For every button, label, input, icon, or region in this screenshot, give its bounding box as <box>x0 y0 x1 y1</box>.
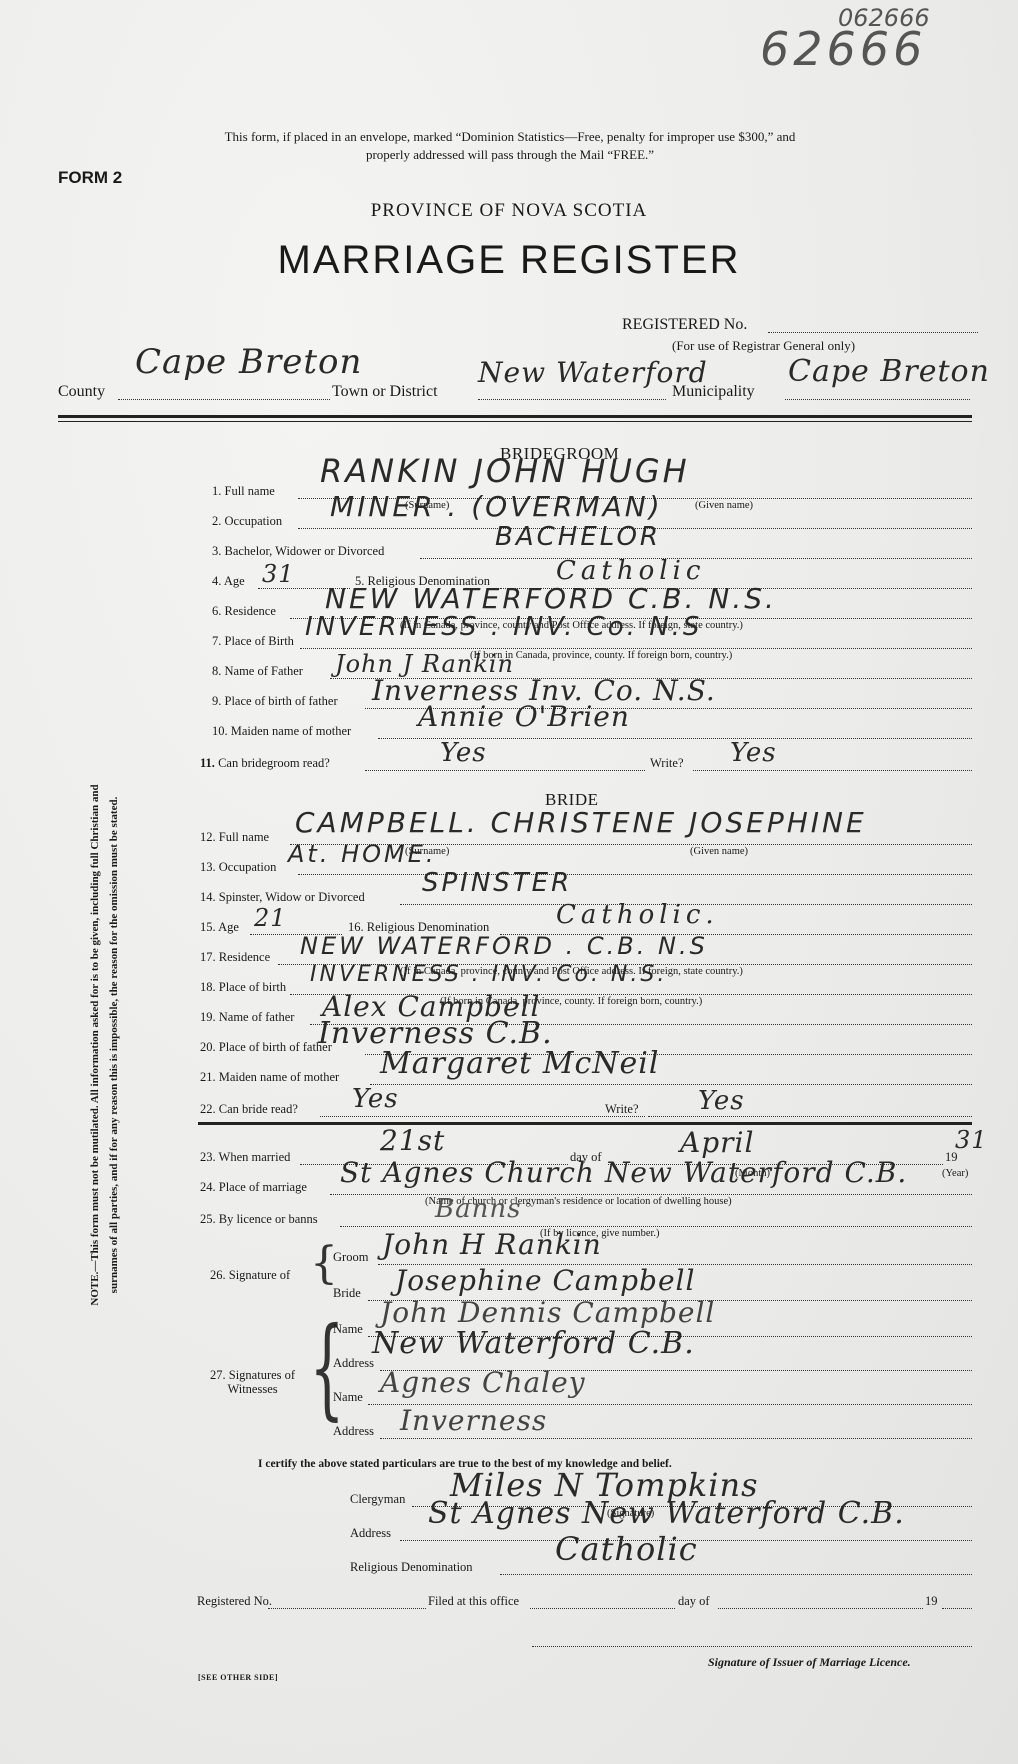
filed-year-prefix: 19 <box>925 1594 938 1609</box>
clergyman-label: Clergyman <box>350 1492 405 1507</box>
witness2-address-value[interactable]: Inverness <box>400 1404 547 1437</box>
groom-read-dots <box>365 770 645 771</box>
postal-notice: This form, if placed in an envelope, mar… <box>100 128 920 164</box>
municipality-dots <box>785 399 970 400</box>
bride-occupation-value[interactable]: At. HOME. <box>288 840 437 868</box>
groom-age-label: 4. Age <box>212 574 245 589</box>
page-title: MARRIAGE REGISTER <box>0 238 1018 283</box>
bride-marital-status-label: 14. Spinster, Widow or Divorced <box>200 890 365 905</box>
registry-no-field[interactable] <box>268 1608 426 1609</box>
groom-write-label: Write? <box>650 756 684 771</box>
bride-signature-label: Bride <box>333 1286 361 1301</box>
form-number: FORM 2 <box>58 168 122 188</box>
groom-marital-status-value[interactable]: BACHELOR <box>495 522 661 552</box>
bride-father-birthplace-label: 20. Place of birth of father <box>200 1040 332 1055</box>
groom-residence-label: 6. Residence <box>212 604 276 619</box>
witness2-address-label: Address <box>333 1424 374 1439</box>
married-year-value[interactable]: 31 <box>955 1126 988 1154</box>
filed-month-field[interactable] <box>718 1608 923 1609</box>
archive-handwritten-number: 62666 <box>760 22 926 76</box>
issuer-signature-field[interactable] <box>532 1646 972 1647</box>
witnesses-label: 27. Signatures of Witnesses <box>210 1368 295 1396</box>
groom-signature-value[interactable]: John H Rankin <box>382 1228 602 1261</box>
groom-father-birthplace-label: 9. Place of birth of father <box>212 694 338 709</box>
bride-residence-label: 17. Residence <box>200 950 270 965</box>
bride-age-value[interactable]: 21 <box>254 904 287 932</box>
postal-notice-line2: properly addressed will pass through the… <box>100 146 920 164</box>
postal-notice-line1: This form, if placed in an envelope, mar… <box>100 128 920 146</box>
groom-marital-status-label: 3. Bachelor, Widower or Divorced <box>212 544 384 559</box>
groom-read-value[interactable]: Yes <box>440 738 487 768</box>
side-note: NOTE.—This form must not be mutilated. A… <box>86 660 124 1430</box>
witness1-address-value[interactable]: New Waterford C.B. <box>372 1326 695 1361</box>
bride-read-value[interactable]: Yes <box>352 1084 399 1114</box>
clergyman-denomination-value[interactable]: Catholic <box>555 1530 698 1568</box>
groom-write-value[interactable]: Yes <box>730 738 777 768</box>
groom-occupation-value[interactable]: MINER . (OVERMAN) <box>330 490 663 523</box>
bride-full-name-label: 12. Full name <box>200 830 269 845</box>
licence-banns-dots <box>340 1226 972 1227</box>
issuer-signature-label: Signature of Issuer of Marriage Licence. <box>708 1655 911 1670</box>
bride-full-name-value[interactable]: CAMPBELL. CHRISTENE JOSEPHINE <box>295 806 867 839</box>
groom-given-hint: (Given name) <box>695 500 753 511</box>
bride-birthplace-label: 18. Place of birth <box>200 980 286 995</box>
county-dots <box>118 399 330 400</box>
marriage-place-value[interactable]: St Agnes Church New Waterford C.B. <box>340 1156 907 1189</box>
groom-write-dots <box>693 770 972 771</box>
groom-mother-value[interactable]: Annie O'Brien <box>418 700 630 733</box>
marriage-place-label: 24. Place of marriage <box>200 1180 307 1195</box>
signature-of-label: 26. Signature of <box>210 1268 290 1283</box>
groom-occupation-label: 2. Occupation <box>212 514 282 529</box>
bride-mother-label: 21. Maiden name of mother <box>200 1070 339 1085</box>
witness2-address-dots <box>380 1438 972 1439</box>
clergyman-denomination-label: Religious Denomination <box>350 1560 473 1575</box>
groom-full-name-label: 1. Full name <box>212 484 275 499</box>
groom-age-value[interactable]: 31 <box>262 560 295 588</box>
witness1-address-label: Address <box>333 1356 374 1371</box>
filed-label: Filed at this office <box>428 1594 519 1609</box>
bride-write-value[interactable]: Yes <box>698 1086 745 1116</box>
witness2-name-value[interactable]: Agnes Chaley <box>380 1366 586 1399</box>
registered-no-label: REGISTERED No. <box>622 316 747 334</box>
bride-religion-value[interactable]: Catholic. <box>556 900 719 930</box>
bride-marital-status-value[interactable]: SPINSTER <box>422 868 572 898</box>
see-other-side-note: [SEE OTHER SIDE] <box>198 1673 278 1682</box>
groom-mother-label: 10. Maiden name of mother <box>212 724 351 739</box>
registrar-note: (For use of Registrar General only) <box>672 338 855 354</box>
groom-full-name-value[interactable]: RANKIN JOHN HUGH <box>320 452 690 490</box>
clergyman-denomination-dots <box>500 1574 972 1575</box>
side-note-line2: surnames of all parties, and if for any … <box>105 660 124 1430</box>
filed-day-of-label: day of <box>678 1594 710 1609</box>
filed-year-field[interactable] <box>942 1608 972 1609</box>
side-note-line1: NOTE.—This form must not be mutilated. A… <box>86 660 105 1430</box>
bride-read-label: 22. Can bride read? <box>200 1102 298 1117</box>
bride-signature-value[interactable]: Josephine Campbell <box>395 1264 695 1297</box>
registered-no-field[interactable] <box>768 332 978 333</box>
marriage-place-dots <box>330 1194 972 1195</box>
groom-father-label: 8. Name of Father <box>212 664 303 679</box>
groom-birthplace-value[interactable]: INVERNESS . INV. Co. N.S <box>305 612 702 642</box>
bride-occupation-label: 13. Occupation <box>200 860 276 875</box>
town-label: Town or District <box>332 383 438 401</box>
groom-read-label: 11. Can bridegroom read? <box>200 756 330 771</box>
bride-divider <box>198 1122 972 1125</box>
witness1-name-label: Name <box>333 1322 363 1337</box>
bride-mother-dots <box>370 1084 972 1085</box>
licence-banns-value[interactable]: Banns <box>435 1194 521 1224</box>
bride-father-label: 19. Name of father <box>200 1010 294 1025</box>
bride-mother-value[interactable]: Margaret McNeil <box>380 1046 659 1081</box>
bride-age-label: 15. Age <box>200 920 239 935</box>
witness2-name-label: Name <box>333 1390 363 1405</box>
year-hint: (Year) <box>942 1168 968 1179</box>
married-date-label: 23. When married <box>200 1150 290 1165</box>
witness1-name-value[interactable]: John Dennis Campbell <box>380 1296 715 1329</box>
municipality-value[interactable]: Cape Breton <box>788 354 990 389</box>
groom-residence-value[interactable]: NEW WATERFORD C.B. N.S. <box>325 582 777 615</box>
licence-banns-label: 25. By licence or banns <box>200 1212 318 1227</box>
county-label: County <box>58 383 105 401</box>
groom-birthplace-label: 7. Place of Birth <box>212 634 294 649</box>
married-day-value[interactable]: 21st <box>380 1124 445 1157</box>
married-month-value[interactable]: April <box>680 1126 754 1159</box>
county-value[interactable]: Cape Breton <box>135 342 362 382</box>
bride-read-dots <box>320 1116 645 1117</box>
groom-signature-label: Groom <box>333 1250 368 1265</box>
bride-write-label: Write? <box>605 1102 639 1117</box>
filed-field[interactable] <box>530 1608 675 1609</box>
town-dots <box>478 399 666 400</box>
bride-birthplace-value[interactable]: INVERNESS . INV. Co. N.S. <box>310 962 667 987</box>
clergyman-address-value[interactable]: St Agnes New Waterford C.B. <box>428 1496 905 1531</box>
clergyman-address-label: Address <box>350 1526 391 1541</box>
province-heading: PROVINCE OF NOVA SCOTIA <box>0 200 1018 222</box>
bride-occupation-dots <box>298 874 972 875</box>
registry-no-label: Registered No. <box>197 1594 272 1609</box>
bride-residence-value[interactable]: NEW WATERFORD . C.B. N.S <box>300 932 708 960</box>
municipality-label: Municipality <box>672 383 755 401</box>
marriage-register-page: 062666 62666 This form, if placed in an … <box>0 0 1018 1764</box>
header-divider <box>58 415 972 422</box>
bride-write-dots <box>648 1116 972 1117</box>
groom-birthplace-dots <box>300 648 972 649</box>
bride-given-hint: (Given name) <box>690 846 748 857</box>
